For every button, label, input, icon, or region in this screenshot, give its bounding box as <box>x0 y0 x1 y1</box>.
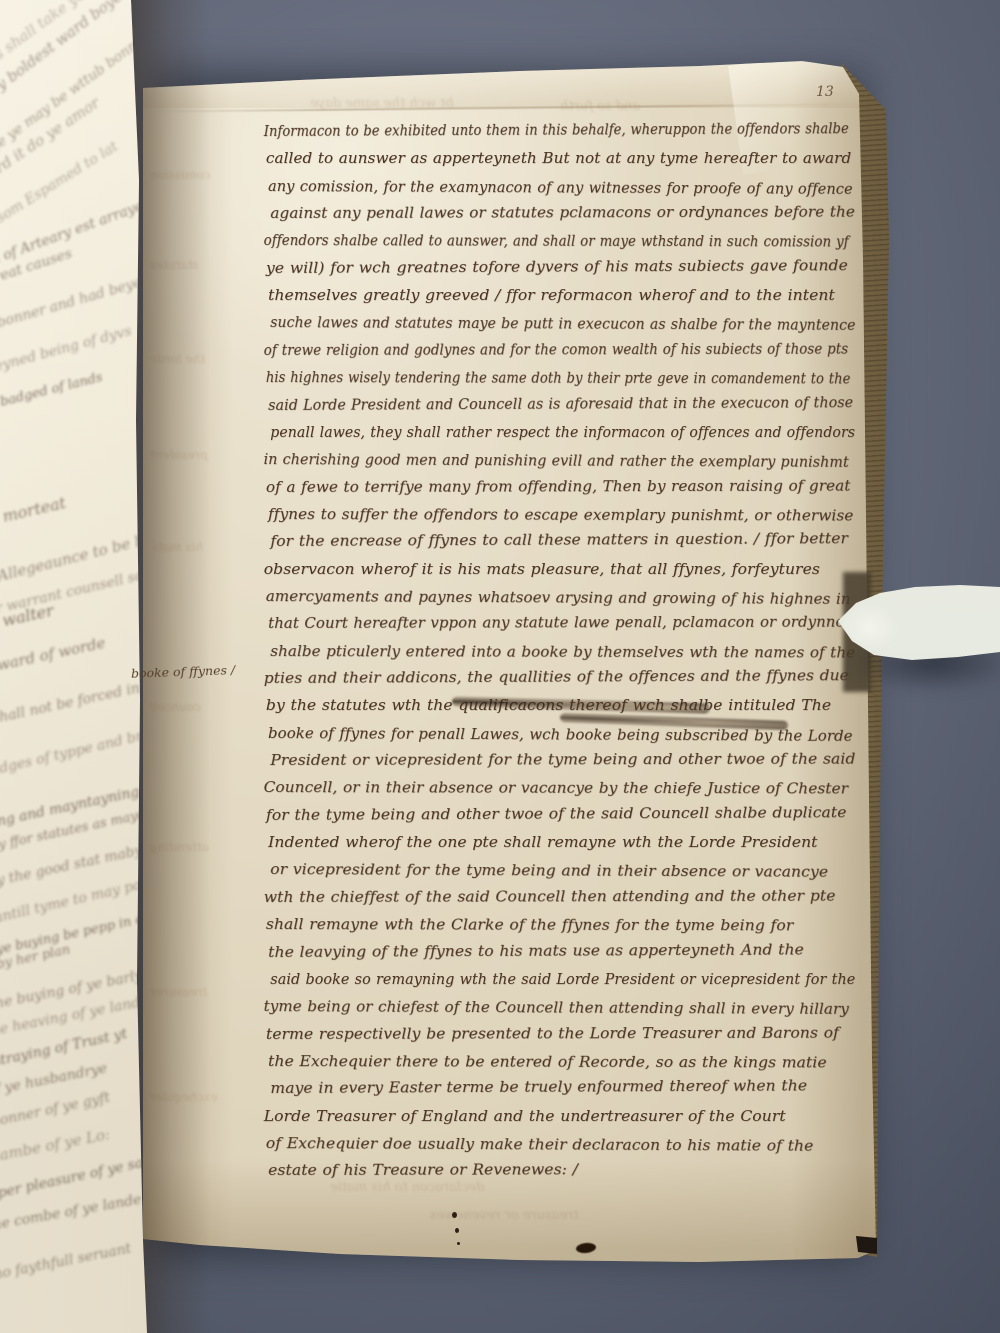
manuscript-line: of trewe religion and godlynes and for t… <box>264 335 849 364</box>
ink-dot <box>455 1228 459 1233</box>
manuscript-line: said Lorde President and Councell as is … <box>268 389 853 419</box>
manuscript-line: shall remayne wth the Clarke of the ffyn… <box>266 911 794 940</box>
ink-dot <box>452 1212 457 1218</box>
manuscript-line: pties and their addicons, the quallities… <box>264 662 849 692</box>
manuscript-line: penall lawes, they shall rather respect … <box>270 419 855 446</box>
manuscript-line: wth the chieffest of the said Councell t… <box>264 882 836 911</box>
manuscript-photo-scene: bt wch the same dayeand so furthcomissio… <box>0 0 1000 1333</box>
manuscript-line: themselves greatly greeved / ffor reform… <box>268 282 835 309</box>
manuscript-line: Lorde Treasurer of England and the under… <box>264 1103 786 1130</box>
folio-number: 13 <box>816 84 834 100</box>
manuscript-line: of a fewe to terrifye many from offendin… <box>266 472 851 501</box>
showthrough-fragment: and so furth <box>560 99 640 114</box>
manuscript-line: said booke so remayning wth the said Lor… <box>270 966 855 993</box>
manuscript-line: President or vicepresident for the tyme … <box>270 746 855 775</box>
manuscript-line: maye in every Easter terme be truely enf… <box>270 1073 807 1103</box>
manuscript-line: Indented wherof the one pte shall remayn… <box>268 829 817 856</box>
ink-dot <box>457 1242 460 1245</box>
manuscript-line: the leavying of the ffynes to his mats u… <box>268 936 804 966</box>
manuscript-text: Informacon to be exhibited unto them in … <box>267 118 852 1208</box>
manuscript-line: observacon wherof it is his mats pleasur… <box>264 556 820 583</box>
manuscript-line: that Court hereafter vppon any statute l… <box>268 609 853 638</box>
manuscript-line: ye will) for wch greatnes tofore dyvers … <box>266 252 848 282</box>
manuscript-line: estate of his Treasure or Revenewes: / <box>268 1157 578 1185</box>
manuscript-line: against any penall lawes or statutes pcl… <box>270 199 855 228</box>
manuscript-line: for the encrease of ffynes to call these… <box>270 525 848 555</box>
manuscript-line: terme respectivelly be presented to the … <box>266 1019 839 1048</box>
manuscript-line: for the tyme being and other twoe of the… <box>266 799 847 829</box>
manuscript-line: Informacon to be exhibited unto them in … <box>264 115 849 145</box>
manuscript-line: called to aunswer as apperteyneth But no… <box>266 145 851 172</box>
showthrough-fragment: bt wch the same daye <box>310 96 454 111</box>
